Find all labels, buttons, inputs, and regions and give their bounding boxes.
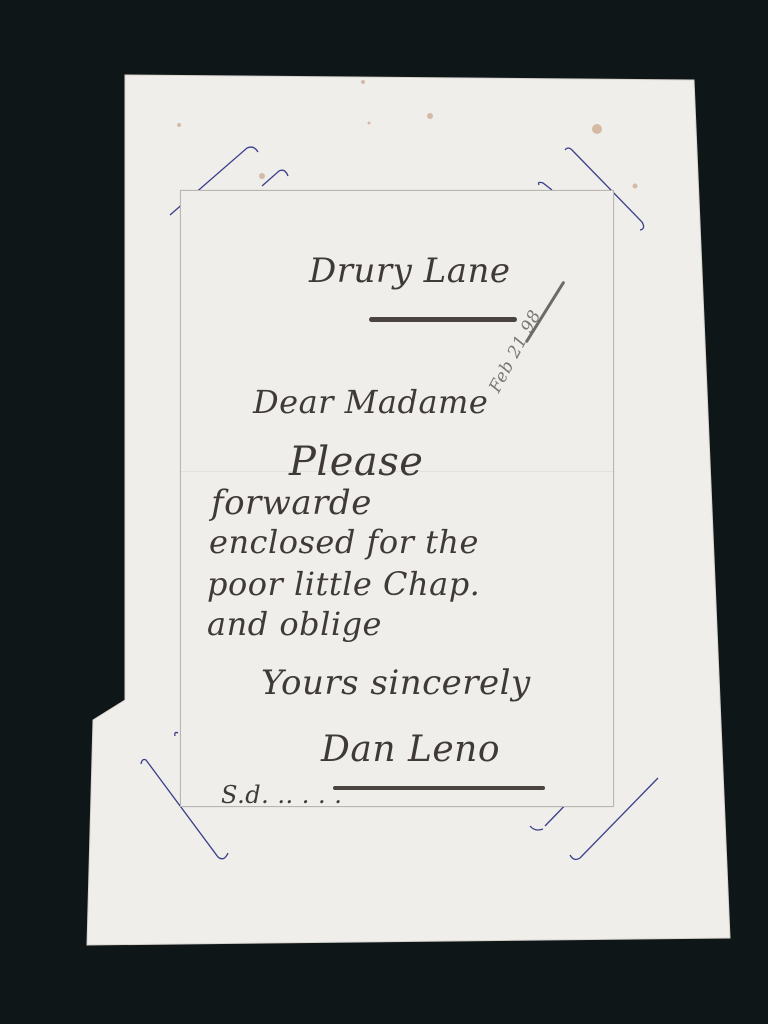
photo-backdrop: Drury Lane Feb 21 98 Dear Madame Please … — [0, 0, 768, 1024]
letter-line-2: forwarde — [211, 483, 372, 523]
letter-salutation: Dear Madame — [253, 383, 488, 421]
letter-line-3: enclosed for the — [209, 523, 479, 561]
letter-cut-off-line: S.d. .. . . . — [221, 781, 342, 805]
letter-heading: Drury Lane — [309, 251, 511, 291]
letter-sheet: Drury Lane Feb 21 98 Dear Madame Please … — [180, 190, 614, 807]
letter-signature: Dan Leno — [321, 729, 500, 770]
letter-line-5: and oblige — [207, 605, 382, 643]
letter-closing: Yours sincerely — [261, 663, 531, 703]
letter-line-1: Please — [289, 439, 423, 485]
signature-underline — [333, 786, 545, 790]
heading-underline — [369, 317, 517, 322]
letter-line-4: poor little Chap. — [207, 565, 480, 603]
